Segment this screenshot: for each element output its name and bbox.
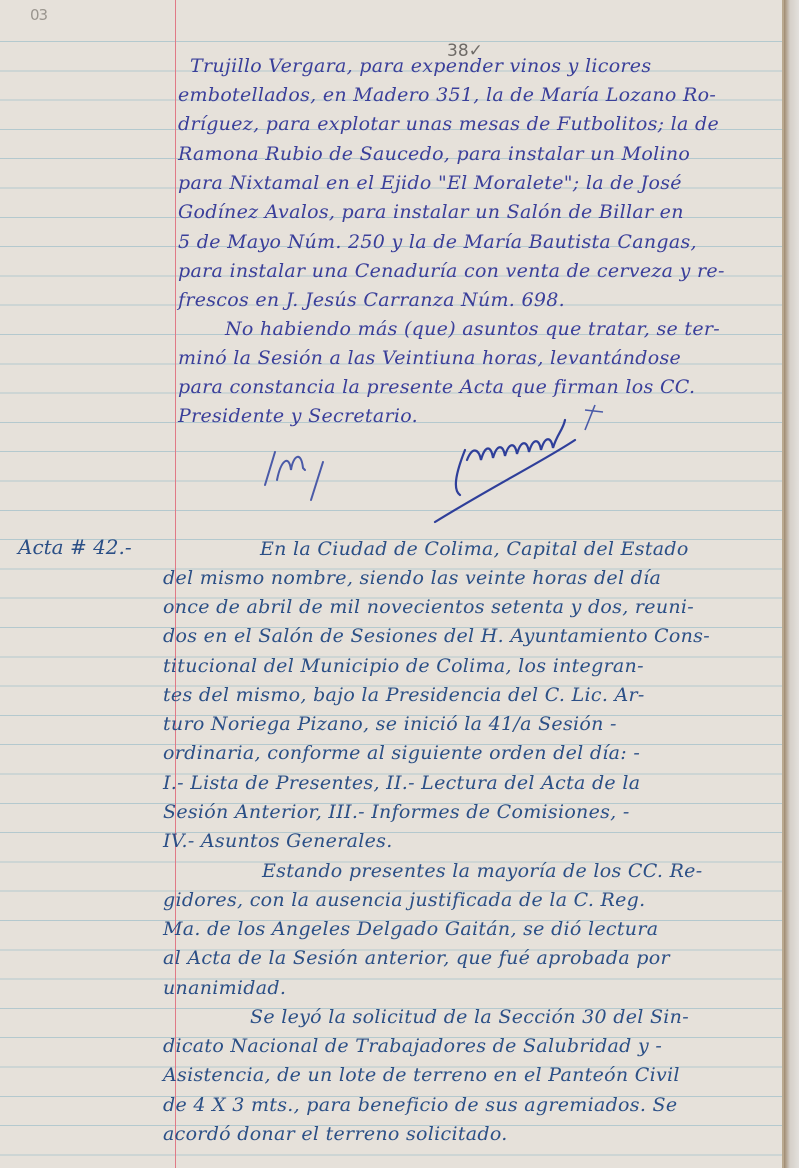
text-line: para constancia la presente Acta que fir… xyxy=(178,376,695,398)
ledger-page: 03 38✓ Trujillo Vergara, para expender v… xyxy=(0,0,784,1168)
text-line: once de abril de mil novecientos setenta… xyxy=(163,596,694,618)
text-line: turo Noriega Pizano, se inició la 41/a S… xyxy=(163,713,617,735)
text-line: I.- Lista de Presentes, II.- Lectura del… xyxy=(163,772,640,794)
text-line: frescos en J. Jesús Carranza Núm. 698. xyxy=(178,289,565,311)
text-line: dos en el Salón de Sesiones del H. Ayunt… xyxy=(163,625,710,647)
text-line: IV.- Asuntos Generales. xyxy=(163,830,393,852)
signature-right xyxy=(425,400,605,525)
text-line: para Nixtamal en el Ejido "El Moralete";… xyxy=(178,172,682,194)
text-line: acordó donar el terreno solicitado. xyxy=(163,1123,508,1145)
page-edge-shadow xyxy=(784,0,799,1168)
text-line: del mismo nombre, siendo las veinte hora… xyxy=(163,567,661,589)
text-line: Godínez Avalos, para instalar un Salón d… xyxy=(178,201,684,223)
text-line: Ramona Rubio de Saucedo, para instalar u… xyxy=(178,143,690,165)
text-line: Sesión Anterior, III.- Informes de Comis… xyxy=(163,801,630,823)
text-line: minó la Sesión a las Veintiuna horas, le… xyxy=(178,347,681,369)
text-line: Se leyó la solicitud de la Sección 30 de… xyxy=(250,1006,689,1028)
text-line: de 4 X 3 mts., para beneficio de sus agr… xyxy=(163,1094,677,1116)
text-line: titucional del Municipio de Colima, los … xyxy=(163,655,644,677)
text-line: tes del mismo, bajo la Presidencia del C… xyxy=(163,684,645,706)
text-line: Asistencia, de un lote de terreno en el … xyxy=(163,1064,680,1086)
acta-number-label: Acta # 42.- xyxy=(18,535,132,559)
signature-left xyxy=(255,440,345,510)
text-line: al Acta de la Sesión anterior, que fué a… xyxy=(163,947,670,969)
text-line: Ma. de los Angeles Delgado Gaitán, se di… xyxy=(163,918,658,940)
text-line: dicato Nacional de Trabajadores de Salub… xyxy=(163,1035,662,1057)
text-line: gidores, con la ausencia justificada de … xyxy=(163,889,645,911)
text-line: Presidente y Secretario. xyxy=(178,405,418,427)
text-line: En la Ciudad de Colima, Capital del Esta… xyxy=(260,538,689,560)
text-line: para instalar una Cenaduría con venta de… xyxy=(178,260,725,282)
text-line: embotellados, en Madero 351, la de María… xyxy=(178,84,716,106)
text-line: ordinaria, conforme al siguiente orden d… xyxy=(163,742,640,764)
text-line: 5 de Mayo Núm. 250 y la de María Bautist… xyxy=(178,231,697,253)
text-line: No habiendo más (que) asuntos que tratar… xyxy=(225,318,720,340)
text-line: unanimidad. xyxy=(163,977,286,999)
text-line: Estando presentes la mayoría de los CC. … xyxy=(262,860,702,882)
faint-page-number: 03 xyxy=(30,6,47,24)
text-line: Trujillo Vergara, para expender vinos y … xyxy=(190,55,651,77)
text-line: dríguez, para explotar unas mesas de Fut… xyxy=(178,113,719,135)
